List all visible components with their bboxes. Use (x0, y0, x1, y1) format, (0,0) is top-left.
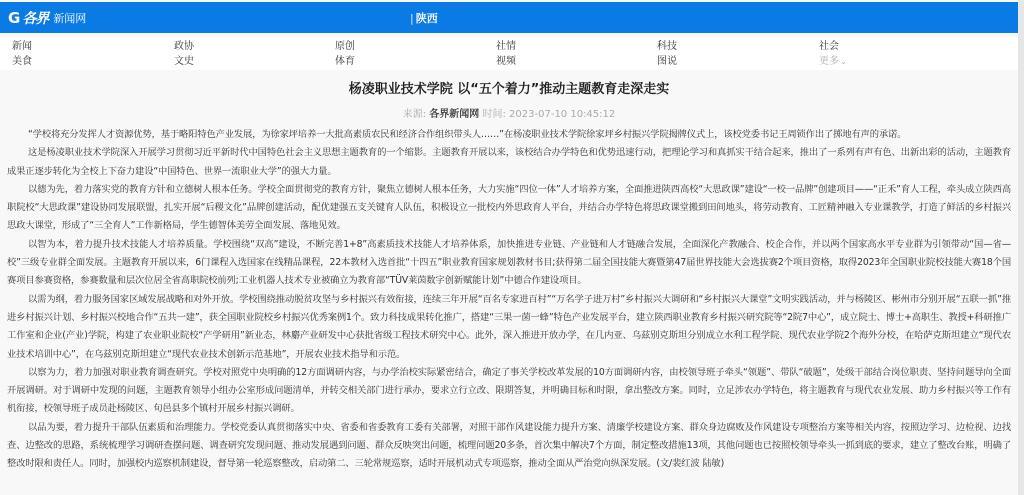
nav-item-news[interactable]: 新闻 (12, 40, 32, 53)
chevron-down-icon: ⌄ (840, 57, 847, 66)
logo-brand-text: 各界 (22, 8, 48, 28)
nav-item-video[interactable]: 视频 (496, 55, 516, 68)
nav-item-original[interactable]: 原创 (335, 40, 355, 53)
category-nav: 新闻 政协 原创 社情 科技 社会 美食 文史 体育 视频 图说 更多⌄ (0, 37, 1018, 70)
article-title: 杨凌职业技术学院 以“五个着力”推动主题教育走深走实 (0, 78, 1018, 98)
article-paragraph: 以德为先，着力落实党的教育方针和立德树人根本任务。学校全面贯彻党的教育方针，聚焦… (7, 181, 1011, 236)
article-paragraph: 以智为本，着力提升技术技能人才培养质量。学校围绕“双高”建设，不断完善1+8”高… (7, 236, 1011, 291)
page-scrollbar[interactable] (1018, 0, 1024, 495)
region-label[interactable]: |陕西 (410, 10, 438, 26)
nav-more-button[interactable]: 更多⌄ (819, 55, 847, 68)
region-separator: | (410, 12, 414, 25)
top-header-bar: G 各界 新闻网 |陕西 (0, 2, 1018, 33)
nav-item-cppcc[interactable]: 政协 (174, 40, 194, 53)
nav-item-food[interactable]: 美食 (12, 55, 32, 68)
nav-item-history[interactable]: 文史 (174, 55, 194, 68)
article-paragraph: “学校将充分发挥人才资源优势，基于略阳特色产业发展，为徐家坪培养一大批高素质农民… (7, 126, 1011, 144)
article-paragraph: 这是杨凌职业技术学院深入开展学习贯彻习近平新时代中国特色社会主义思想主题教育的一… (7, 144, 1011, 181)
site-logo[interactable]: G 各界 新闻网 (8, 8, 86, 28)
article-meta: 来源: 各界新闻网 时间: 2023-07-10 10:45:12 (0, 105, 1018, 121)
article-source: 各界新闻网 (429, 109, 479, 120)
article-paragraph: 以察为力，着力加强对职业教育调查研究。学校对照党中央明确的12方面调研内容，与办… (7, 364, 1011, 419)
nav-item-photo[interactable]: 图说 (657, 55, 677, 68)
article-paragraph: 以需为纲，着力服务国家区域发展战略和对外开放。学校围绕推动脱贫攻坚与乡村振兴有效… (7, 291, 1011, 364)
article-body: “学校将充分发挥人才资源优势，基于略阳特色产业发展，为徐家坪培养一大批高素质农民… (0, 126, 1018, 474)
article-time: 2023-07-10 10:45:12 (509, 109, 615, 120)
nav-item-sports[interactable]: 体育 (335, 55, 355, 68)
logo-swirl-icon: G (8, 9, 20, 27)
source-label: 来源: (403, 109, 426, 120)
nav-item-tech[interactable]: 科技 (657, 40, 677, 53)
article-paragraph: 以品为要，着力提升干部队伍素质和治理能力。学校党委认真贯彻落实中央、省委和省委教… (7, 419, 1011, 474)
time-label: 时间: (482, 109, 505, 120)
logo-site-name: 新闻网 (53, 10, 86, 26)
nav-more-label: 更多 (819, 56, 839, 67)
nav-item-society[interactable]: 社会 (819, 40, 839, 53)
nav-item-public-opinion[interactable]: 社情 (496, 40, 516, 53)
region-name: 陕西 (416, 12, 438, 25)
article: 杨凌职业技术学院 以“五个着力”推动主题教育走深走实 来源: 各界新闻网 时间:… (0, 70, 1018, 474)
